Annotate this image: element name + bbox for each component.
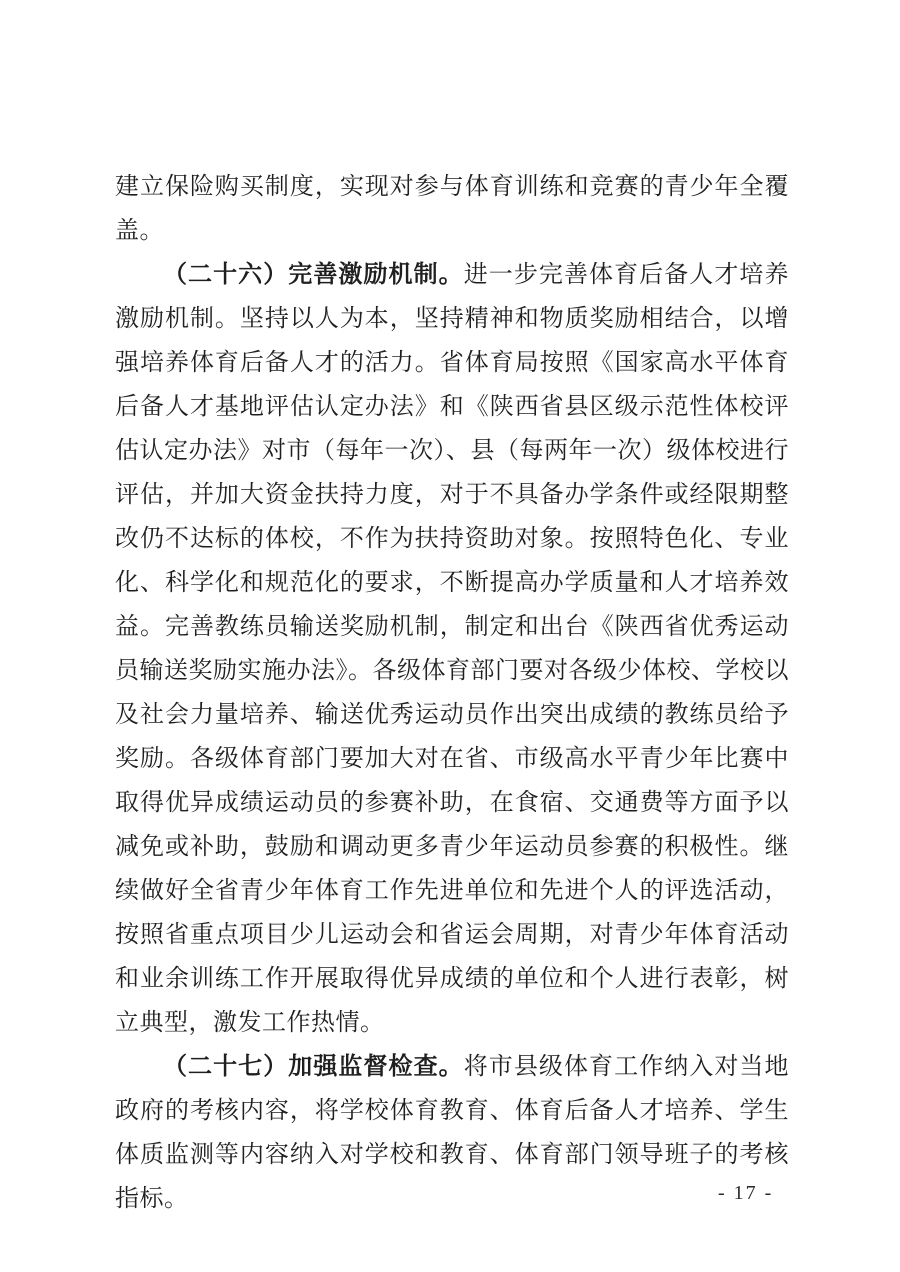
section-27-heading: （二十七）加强监督检查。 (163, 1054, 464, 1080)
paragraph-section-26: （二十六）完善激励机制。进一步完善体育后备人才培养激励机制。坚持以人为本，坚持精… (115, 253, 789, 1045)
document-page: 建立保险购买制度，实现对参与体育训练和竞赛的青少年全覆盖。 （二十六）完善激励机… (0, 0, 900, 1272)
section-26-heading: （二十六）完善激励机制。 (163, 262, 464, 288)
document-body: 建立保险购买制度，实现对参与体育训练和竞赛的青少年全覆盖。 （二十六）完善激励机… (115, 165, 789, 1221)
paragraph-text: 进一步完善体育后备人才培养激励机制。坚持以人为本，坚持精神和物质奖励相结合，以增… (115, 262, 789, 1036)
page-number: - 17 - (718, 1182, 773, 1205)
paragraph-text: 建立保险购买制度，实现对参与体育训练和竞赛的青少年全覆盖。 (115, 174, 789, 244)
paragraph-continuation: 建立保险购买制度，实现对参与体育训练和竞赛的青少年全覆盖。 (115, 165, 789, 253)
paragraph-section-27: （二十七）加强监督检查。将市县级体育工作纳入对当地政府的考核内容，将学校体育教育… (115, 1045, 789, 1221)
